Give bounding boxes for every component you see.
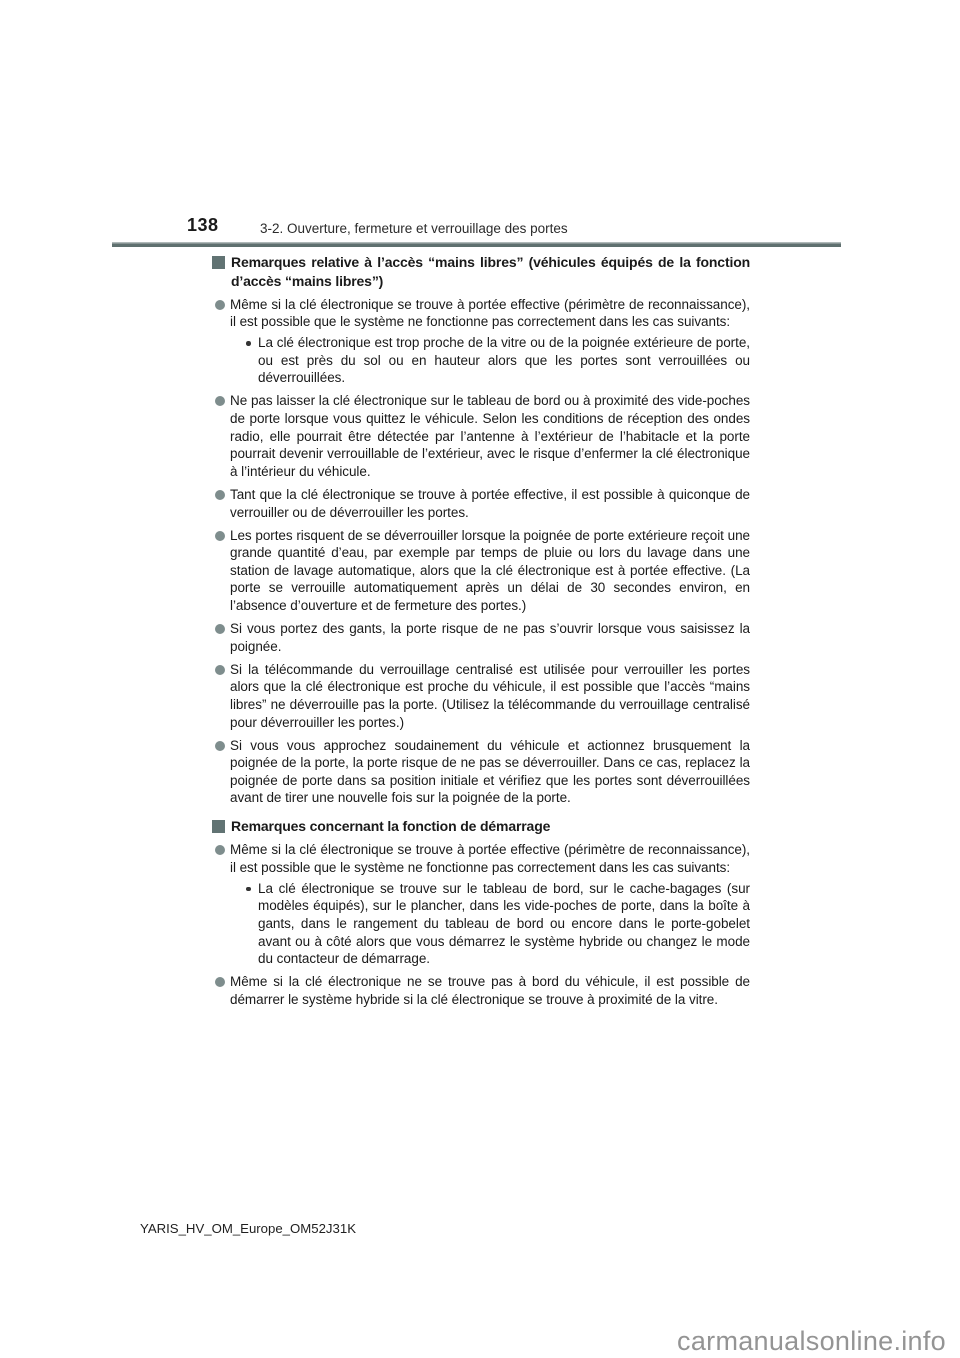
dot-bullet-icon <box>246 341 251 346</box>
bullet-text: Même si la clé électronique se trouve à … <box>230 841 750 876</box>
bullet-item: Tant que la clé électronique se trouve à… <box>212 486 750 521</box>
page-number: 138 <box>187 215 219 236</box>
circle-bullet-icon <box>215 531 225 541</box>
section-heading: Remarques concernant la fonction de déma… <box>212 817 750 836</box>
square-bullet-icon <box>212 256 225 269</box>
bullet-text: Si vous vous approchez soudainement du v… <box>230 737 750 807</box>
circle-bullet-icon <box>215 624 225 634</box>
bullet-item: Même si la clé électronique se trouve à … <box>212 841 750 876</box>
bullet-text: Les portes risquent de se déverrouiller … <box>230 527 750 615</box>
bullet-text: Même si la clé électronique ne se trouve… <box>230 973 750 1008</box>
bullet-text: Ne pas laisser la clé électronique sur l… <box>230 392 750 480</box>
bullet-item: Même si la clé électronique se trouve à … <box>212 296 750 331</box>
section-heading: Remarques relative à l’accès “mains libr… <box>212 253 750 290</box>
bullet-item: Les portes risquent de se déverrouiller … <box>212 527 750 615</box>
bullet-item: Si la télécommande du verrouillage centr… <box>212 661 750 731</box>
bullet-item: Même si la clé électronique ne se trouve… <box>212 973 750 1008</box>
document-code: YARIS_HV_OM_Europe_OM52J31K <box>140 1221 356 1236</box>
bullet-text: Tant que la clé électronique se trouve à… <box>230 486 750 521</box>
section-heading-text: Remarques relative à l’accès “mains libr… <box>231 253 750 290</box>
bullet-text: Si vous portez des gants, la porte risqu… <box>230 620 750 655</box>
sub-bullet-item: La clé électronique est trop proche de l… <box>212 334 750 387</box>
circle-bullet-icon <box>215 665 225 675</box>
bullet-item: Si vous vous approchez soudainement du v… <box>212 737 750 807</box>
circle-bullet-icon <box>215 396 225 406</box>
sub-bullet-text: La clé électronique est trop proche de l… <box>258 334 750 387</box>
circle-bullet-icon <box>215 300 225 310</box>
dot-bullet-icon <box>246 887 251 892</box>
chapter-title: 3-2. Ouverture, fermeture et verrouillag… <box>260 221 568 236</box>
sub-bullet-text: La clé électronique se trouve sur le tab… <box>258 880 750 968</box>
section-heading-text: Remarques concernant la fonction de déma… <box>231 817 750 836</box>
page-content: Remarques relative à l’accès “mains libr… <box>212 253 750 1008</box>
circle-bullet-icon <box>215 490 225 500</box>
manual-page: 138 3-2. Ouverture, fermeture et verroui… <box>0 0 960 1358</box>
circle-bullet-icon <box>215 845 225 855</box>
bullet-text: Si la télécommande du verrouillage centr… <box>230 661 750 731</box>
square-bullet-icon <box>212 820 225 833</box>
circle-bullet-icon <box>215 741 225 751</box>
circle-bullet-icon <box>215 977 225 987</box>
bullet-text: Même si la clé électronique se trouve à … <box>230 296 750 331</box>
sub-bullet-item: La clé électronique se trouve sur le tab… <box>212 880 750 968</box>
header-divider <box>112 242 841 247</box>
bullet-item: Ne pas laisser la clé électronique sur l… <box>212 392 750 480</box>
bullet-item: Si vous portez des gants, la porte risqu… <box>212 620 750 655</box>
watermark-text: carmanualsonline.info <box>677 1326 946 1357</box>
